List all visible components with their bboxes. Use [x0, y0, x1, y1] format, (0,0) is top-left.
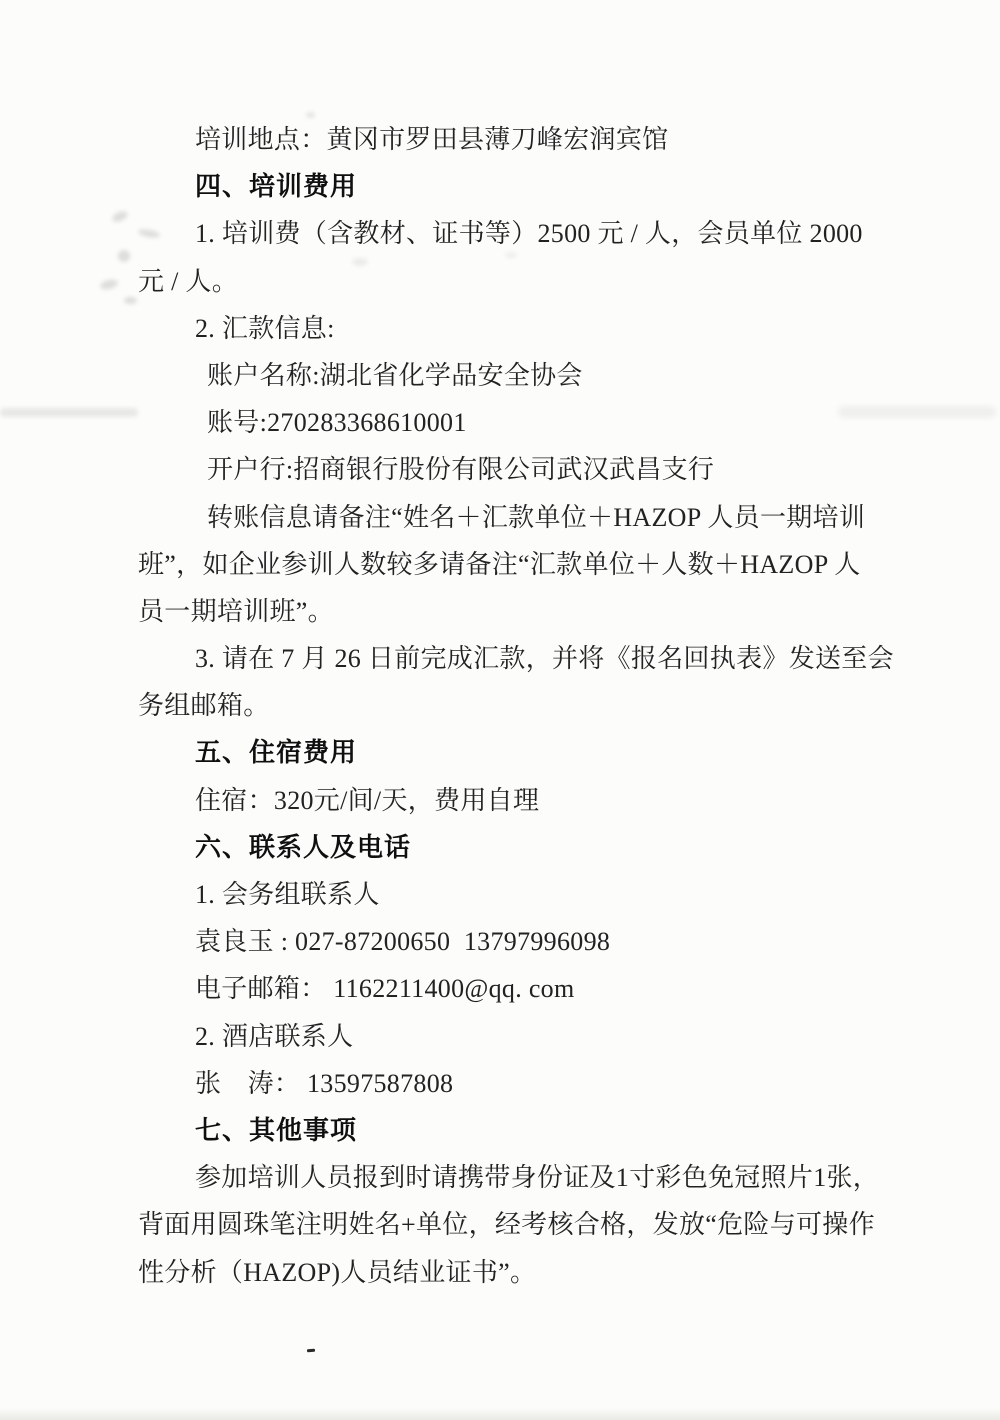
text-line: 电子邮箱： 1162211400@qq. com — [138, 965, 900, 1012]
text-line: 转账信息请备注“姓名＋汇款单位＋HAZOP 人员一期培训 — [138, 494, 900, 541]
text-line: 参加培训人员报到时请携带身份证及1寸彩色免冠照片1张， — [138, 1154, 900, 1201]
text-line: 3. 请在 7 月 26 日前完成汇款，并将《报名回执表》发送至会 — [138, 635, 900, 682]
section-heading: 五、住宿费用 — [138, 729, 900, 776]
text-line: 性分析（HAZOP)人员结业证书”。 — [138, 1249, 900, 1296]
text-line: 培训地点：黄冈市罗田县薄刀峰宏润宾馆 — [138, 116, 900, 163]
text-line: 2. 酒店联系人 — [138, 1013, 900, 1060]
section-heading: 四、培训费用 — [138, 163, 900, 210]
scan-noise — [306, 112, 315, 118]
scan-noise — [118, 250, 130, 262]
text-line: 1. 培训费（含教材、证书等）2500 元 / 人，会员单位 2000 — [138, 210, 900, 257]
scan-noise — [124, 297, 137, 304]
text-line: 袁良玉 : 027-87200650 13797996098 — [138, 918, 900, 965]
scan-noise — [111, 209, 129, 224]
scan-edge-shadow — [0, 1408, 1000, 1420]
section-heading: 六、联系人及电话 — [138, 824, 900, 871]
text-line: 背面用圆珠笔注明姓名+单位，经考核合格，发放“危险与可操作 — [138, 1201, 900, 1248]
document-page: 培训地点：黄冈市罗田县薄刀峰宏润宾馆四、培训费用1. 培训费（含教材、证书等）2… — [0, 0, 1000, 1420]
text-line: 住宿：320元/间/天，费用自理 — [138, 777, 900, 824]
scan-noise — [99, 278, 119, 291]
text-line: 账号:270283368610001 — [138, 399, 900, 446]
text-line: 班”，如企业参训人数较多请备注“汇款单位＋人数＋HAZOP 人 — [138, 541, 900, 588]
scan-noise — [352, 258, 368, 266]
scan-noise — [505, 252, 517, 258]
text-line: 元 / 人。 — [138, 258, 900, 305]
text-line: 张 涛： 13597587808 — [138, 1060, 900, 1107]
text-line: 务组邮箱。 — [138, 682, 900, 729]
text-line: 账户名称:湖北省化学品安全协会 — [138, 352, 900, 399]
scan-noise-streak — [838, 406, 996, 418]
scan-artifact-dash — [307, 1349, 315, 1353]
text-line: 2. 汇款信息: — [138, 305, 900, 352]
text-line: 员一期培训班”。 — [138, 588, 900, 635]
text-line: 1. 会务组联系人 — [138, 871, 900, 918]
text-line: 开户行:招商银行股份有限公司武汉武昌支行 — [138, 446, 900, 493]
section-heading: 七、其他事项 — [138, 1107, 900, 1154]
document-body: 培训地点：黄冈市罗田县薄刀峰宏润宾馆四、培训费用1. 培训费（含教材、证书等）2… — [138, 116, 900, 1296]
scan-noise-streak — [0, 408, 138, 417]
